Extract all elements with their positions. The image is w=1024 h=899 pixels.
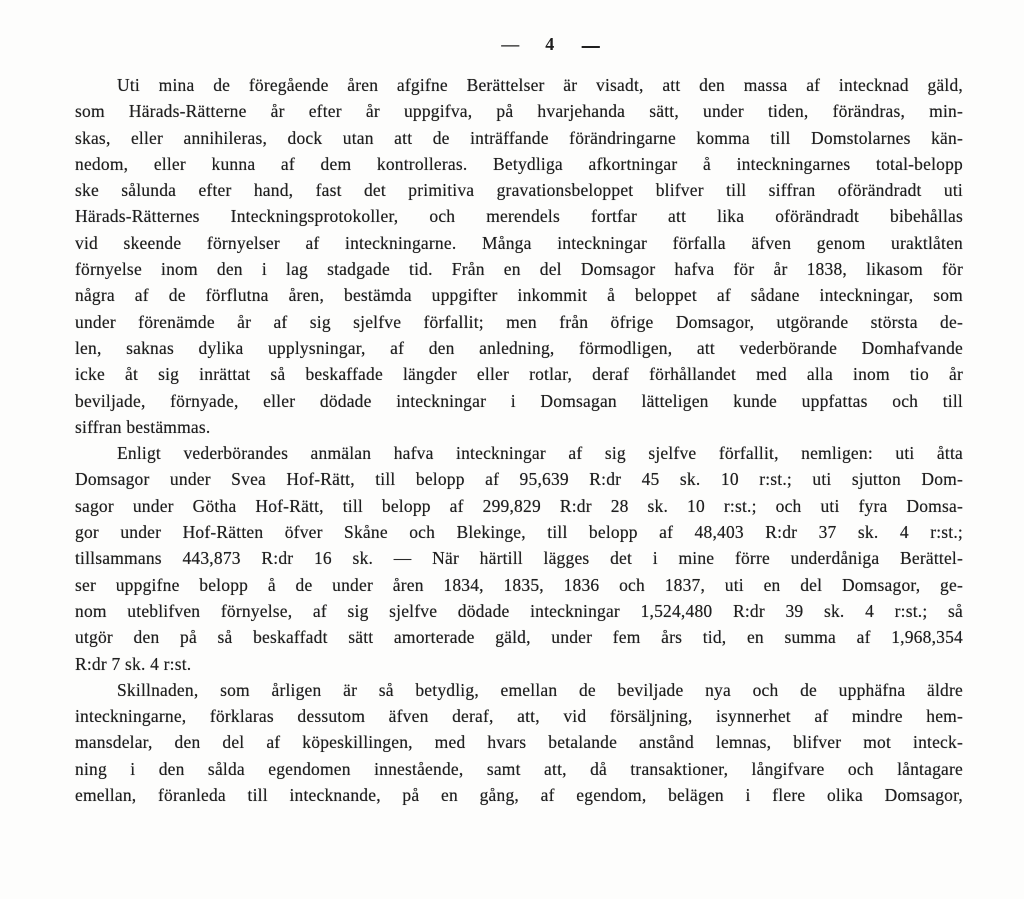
- text-line: beviljade, förnyade, eller dödade inteck…: [75, 388, 963, 414]
- page-header: — 4 —: [38, 34, 1024, 55]
- text-line: Uti mina de föregående åren afgifne Berä…: [75, 72, 963, 98]
- text-line: Enligt vederbörandes anmälan hafva intec…: [75, 440, 963, 466]
- text-line: Skillnaden, som årligen är så betydlig, …: [75, 677, 963, 703]
- text-line: ning i den sålda egendomen innestående, …: [75, 756, 963, 782]
- text-line: len, saknas dylika upplysningar, af den …: [75, 335, 963, 361]
- header-dash-left-icon: —: [501, 34, 518, 55]
- text-line: sagor under Götha Hof-Rätt, till belopp …: [75, 493, 963, 519]
- page-number: 4: [545, 34, 555, 55]
- text-line: nom uteblifven förnyelse, af sig sjelfve…: [75, 598, 963, 624]
- text-line: Domsagor under Svea Hof-Rätt, till belop…: [75, 466, 963, 492]
- text-line: siffran bestämmas.: [75, 414, 963, 440]
- text-line: R:dr 7 sk. 4 r:st.: [75, 651, 963, 677]
- text-line: utgör den på så beskaffadt sätt amortera…: [75, 624, 963, 650]
- text-line: Härads-Rätternes Inteckningsprotokoller,…: [75, 203, 963, 229]
- text-line: vid skeende förnyelser af inteckningarne…: [75, 230, 963, 256]
- paragraph: Enligt vederbörandes anmälan hafva intec…: [75, 440, 963, 677]
- text-line: nedom, eller kunna af dem kontrolleras. …: [75, 151, 963, 177]
- text-line: några af de förflutna åren, bestämda upp…: [75, 282, 963, 308]
- text-line: skas, eller annihileras, dock utan att d…: [75, 125, 963, 151]
- paragraph: Skillnaden, som årligen är så betydlig, …: [75, 677, 963, 808]
- text-line: gor under Hof-Rätten öfver Skåne och Ble…: [75, 519, 963, 545]
- text-line: inteckningarne, förklaras dessutom äfven…: [75, 703, 963, 729]
- scanned-page: — 4 — Uti mina de föregående åren afgifn…: [0, 0, 1024, 899]
- text-line: ser uppgifne belopp å de under åren 1834…: [75, 572, 963, 598]
- document-body: Uti mina de föregående åren afgifne Berä…: [75, 72, 963, 808]
- text-line: under förenämde år af sig sjelfve förfal…: [75, 309, 963, 335]
- paragraph: Uti mina de föregående åren afgifne Berä…: [75, 72, 963, 440]
- text-line: ske sålunda efter hand, fast det primiti…: [75, 177, 963, 203]
- header-dash-right-icon: —: [582, 28, 599, 62]
- text-line: som Härads-Rätterne år efter år uppgifva…: [75, 98, 963, 124]
- text-line: mansdelar, den del af köpeskillingen, me…: [75, 729, 963, 755]
- text-line: förnyelse inom den i lag stadgade tid. F…: [75, 256, 963, 282]
- text-line: tillsammans 443,873 R:dr 16 sk. — När hä…: [75, 545, 963, 571]
- text-line: emellan, föranleda till intecknande, på …: [75, 782, 963, 808]
- text-line: icke åt sig inrättat så beskaffade längd…: [75, 361, 963, 387]
